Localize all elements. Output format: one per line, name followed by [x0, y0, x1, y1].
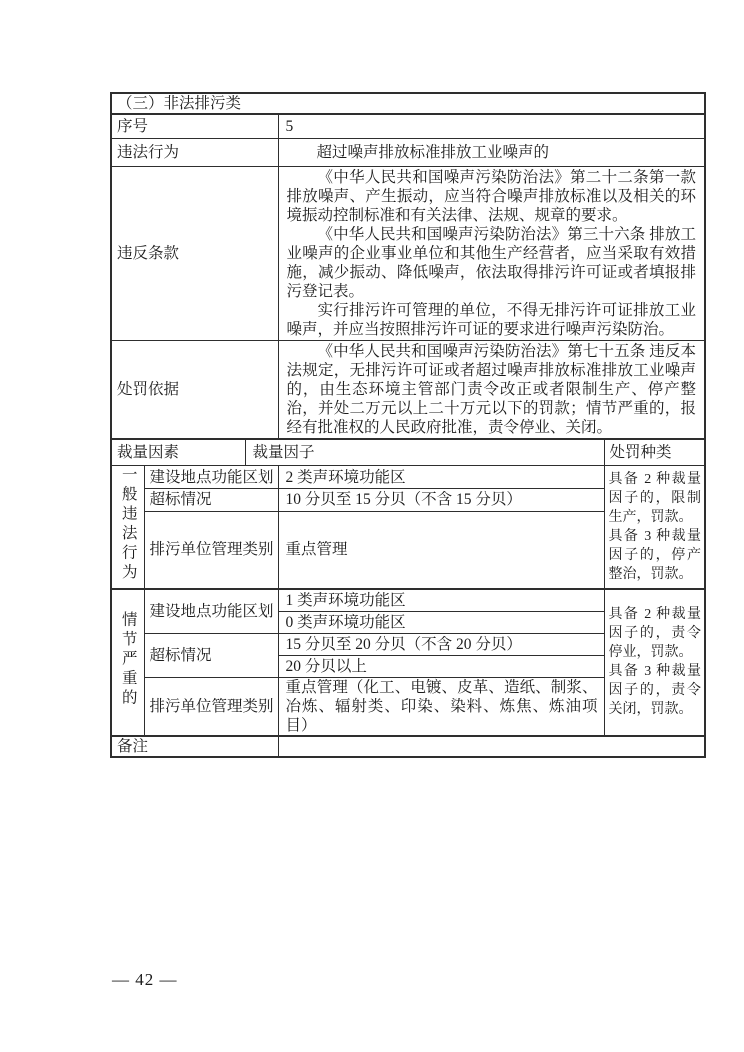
g2-exceedance-value-2: 20 分贝以上 — [278, 655, 604, 677]
penalty-basis-label: 处罚依据 — [111, 340, 278, 439]
violated-clauses-text: 《中华人民共和国噪声污染防治法》第二十二条第一款 排放噪声、产生振动，应当符合噪… — [278, 166, 705, 340]
g1-penalty-line: 具备 2 种裁量因子的，限制生产，罚款。 — [609, 470, 702, 527]
g2-site-zoning-value-2: 0 类声环境功能区 — [278, 611, 604, 633]
g1-management-category-value: 重点管理 — [278, 511, 604, 589]
group-serious-circumstance-label: 情节严重的 — [111, 589, 144, 736]
illegal-act-value: 超过噪声排放标准排放工业噪声的 — [278, 138, 705, 166]
discretion-subfactor-header: 裁量因子 — [245, 439, 604, 466]
g1-penalty-types: 具备 2 种裁量因子的，限制生产，罚款。 具备 3 种裁量因子的，停产整治，罚款… — [604, 466, 705, 590]
remarks-label: 备注 — [111, 736, 278, 757]
g2-site-zoning-label: 建设地点功能区划 — [144, 589, 278, 633]
penalty-discretion-table: （三）非法排污类 序号 5 违法行为 超过噪声排放标准排放工业噪声的 违反条款 … — [110, 92, 706, 758]
page-number: — 42 — — [112, 970, 178, 990]
section-title: （三）非法排污类 — [111, 93, 705, 114]
serial-label: 序号 — [111, 114, 278, 138]
g2-exceedance-value-1: 15 分贝至 20 分贝（不含 20 分贝） — [278, 633, 604, 655]
g2-management-category-value: 重点管理（化工、电镀、皮革、造纸、制浆、冶炼、辐射类、印染、染料、炼焦、炼油项目… — [278, 677, 604, 736]
clause-paragraph: 《中华人民共和国噪声污染防治法》第二十二条第一款 排放噪声、产生振动，应当符合噪… — [287, 168, 697, 225]
group-general-violation-label: 一般违法行为 — [111, 466, 144, 590]
clause-paragraph: 实行排污许可管理的单位，不得无排污许可证排放工业噪声，并应当按照排污许可证的要求… — [287, 301, 697, 339]
g1-site-zoning-label: 建设地点功能区划 — [144, 466, 278, 489]
g2-penalty-line: 具备 2 种裁量因子的，责令停业，罚款。 — [609, 605, 702, 662]
serial-value: 5 — [278, 114, 705, 138]
g1-exceedance-label: 超标情况 — [144, 489, 278, 511]
g1-exceedance-value: 10 分贝至 15 分贝（不含 15 分贝） — [278, 489, 604, 511]
discretion-factor-header: 裁量因素 — [111, 439, 245, 466]
penalty-basis-paragraph: 《中华人民共和国噪声污染防治法》第七十五条 违反本法规定，无排污许可证或者超过噪… — [287, 342, 697, 437]
g2-site-zoning-value-1: 1 类声环境功能区 — [278, 589, 604, 611]
document-page: { "page": { "section_title": "（三）非法排污类",… — [0, 0, 744, 1052]
g1-site-zoning-value: 2 类声环境功能区 — [278, 466, 604, 489]
clause-paragraph: 《中华人民共和国噪声污染防治法》第三十六条 排放工业噪声的企业事业单位和其他生产… — [287, 225, 697, 301]
violated-clauses-label: 违反条款 — [111, 166, 278, 340]
penalty-type-header: 处罚种类 — [604, 439, 705, 466]
g1-management-category-label: 排污单位管理类别 — [144, 511, 278, 589]
g2-exceedance-label: 超标情况 — [144, 633, 278, 677]
g2-penalty-line: 具备 3 种裁量因子的，责令关闭，罚款。 — [609, 662, 702, 719]
illegal-act-label: 违法行为 — [111, 138, 278, 166]
g2-penalty-types: 具备 2 种裁量因子的，责令停业，罚款。 具备 3 种裁量因子的，责令关闭，罚款… — [604, 589, 705, 736]
remarks-value — [278, 736, 705, 757]
penalty-basis-text: 《中华人民共和国噪声污染防治法》第七十五条 违反本法规定，无排污许可证或者超过噪… — [278, 340, 705, 439]
g2-management-category-label: 排污单位管理类别 — [144, 677, 278, 736]
g1-penalty-line: 具备 3 种裁量因子的，停产整治，罚款。 — [609, 527, 702, 584]
